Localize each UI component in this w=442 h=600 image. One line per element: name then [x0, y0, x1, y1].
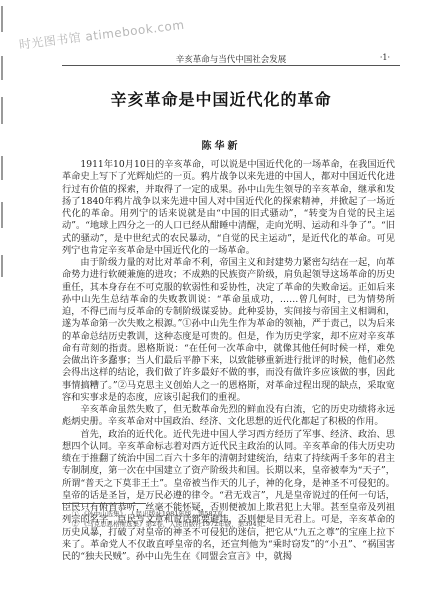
- running-head: 辛亥革命与当代中国社会发展 ·1·: [62, 51, 400, 66]
- paragraph: 由于阶级力量的对比对革命不利，帝国主义和封建势力紧密勾结在一起，向革命势力进行软…: [62, 257, 395, 404]
- header-rule: [62, 65, 400, 66]
- binding-mark: [1, 156, 3, 180]
- page-number: ·1·: [380, 53, 390, 62]
- footnotes: ① 《孙中山选集》，人民出版社1981年版，第587页。 ② 《马克思恩格斯选集…: [72, 509, 270, 529]
- footnote-rule: [62, 503, 146, 504]
- author: 陈华新: [0, 137, 442, 152]
- paragraph: 辛亥革命虽然失败了，但无数革命先烈的鲜血没有白流，它的历史功绩将永远彪炳史册。辛…: [62, 404, 395, 429]
- binding-mark: [1, 202, 3, 228]
- footnote: ② 《马克思恩格斯选集》第2卷，人民出版社1972年版，第394页。: [72, 519, 270, 529]
- binding-mark: [1, 56, 3, 80]
- footnote: ① 《孙中山选集》，人民出版社1981年版，第587页。: [72, 509, 270, 519]
- watermark: 时光图书馆 atimebook.com: [18, 16, 185, 53]
- running-head-title: 辛亥革命与当代中国社会发展: [62, 53, 400, 65]
- article-title: 辛亥革命是中国近代化的革命: [0, 87, 442, 110]
- paragraph: 首先，政治的近代化。近代先进中国人学习西方经历了军事、经济、政治、思想四个认同。…: [62, 429, 395, 564]
- paragraph: 1911年10月10日的辛亥革命，可以说是中国近代化的一场革命，在我国近代革命史…: [62, 159, 395, 257]
- binding-mark: [1, 255, 3, 277]
- binding-mark: [1, 6, 3, 32]
